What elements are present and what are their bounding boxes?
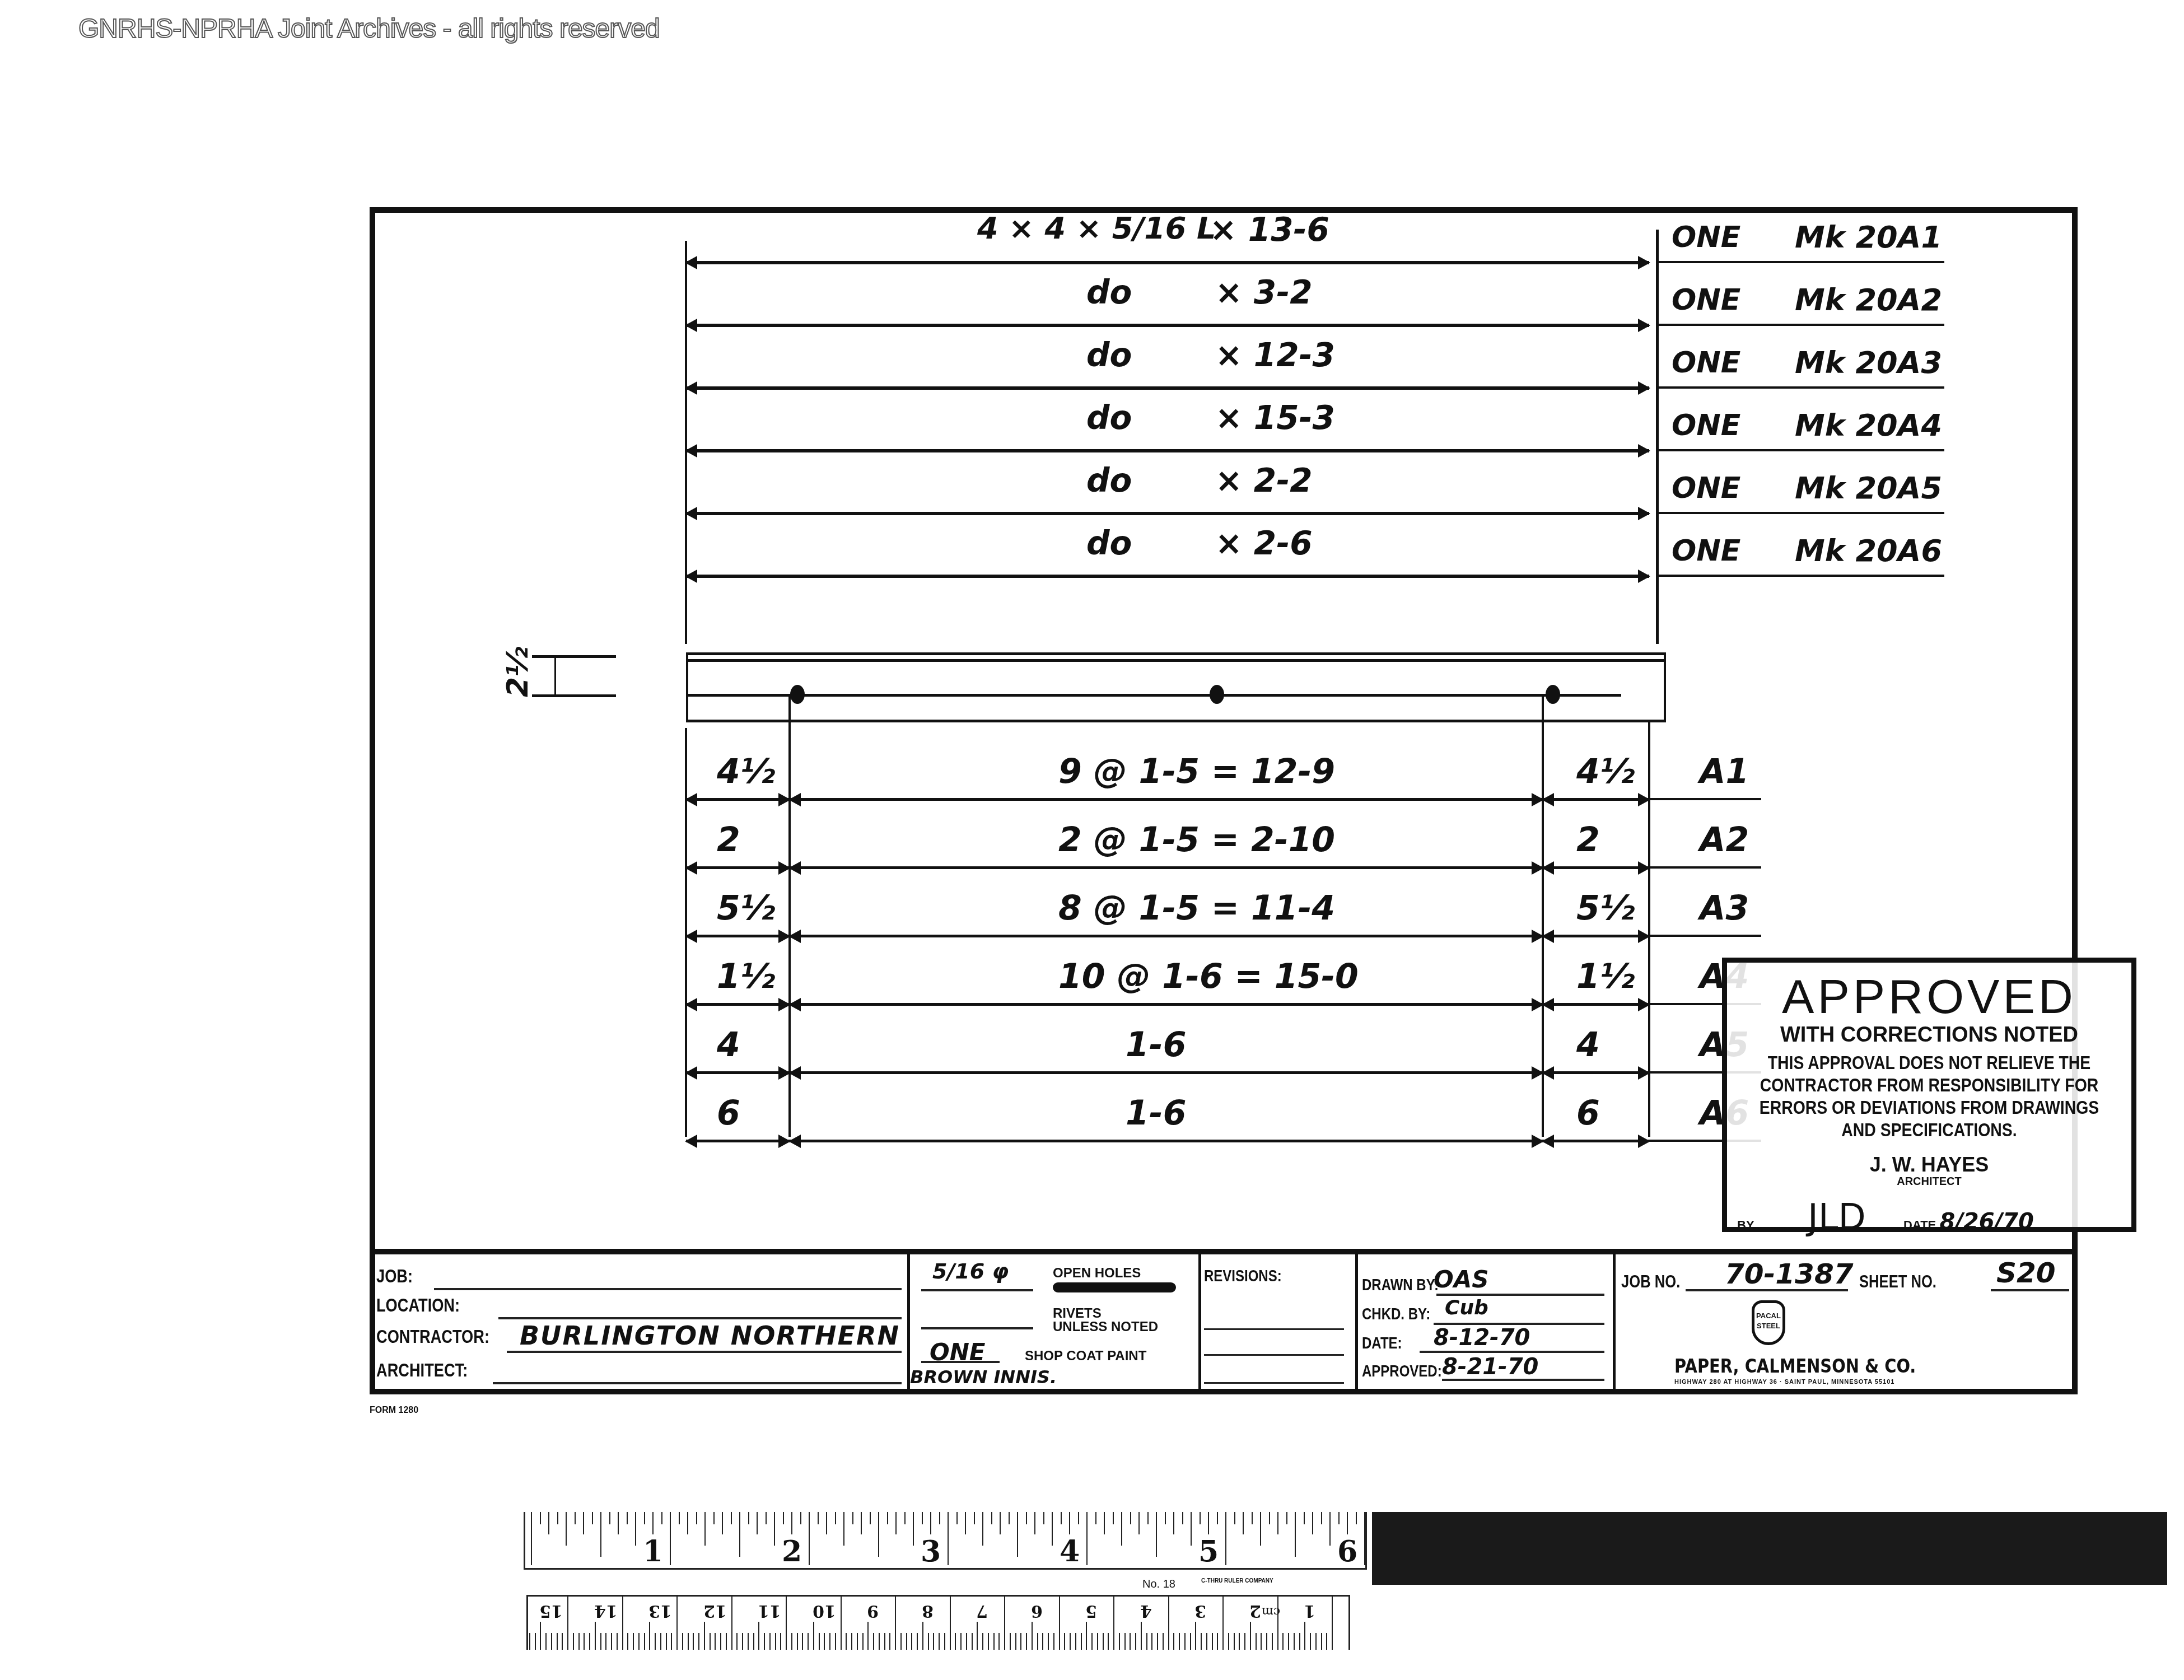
sheet-no-value: S20: [1996, 1257, 2056, 1289]
cm-unit-label: cm: [1262, 1604, 1280, 1618]
stamp-architect-name: J. W. HAYES: [1727, 1153, 2131, 1177]
inch-label: 2: [782, 1534, 802, 1569]
cm-ruler: 123456789101112131415cm: [526, 1595, 1350, 1650]
edge-distance-right: 2: [1576, 820, 1600, 860]
member-size: 4 × 4 × 5/16 L: [977, 211, 1216, 246]
hole-spacing: 8 @ 1-5 = 11-4: [1058, 889, 1335, 928]
form-number: FORM 1280: [370, 1406, 418, 1416]
member-length: × 15-3: [1215, 399, 1335, 437]
title-block: JOB: LOCATION: CONTRACTOR: BURLINGTON NO…: [370, 1249, 2078, 1394]
edge-distance-left: 5½: [717, 889, 775, 928]
cm-label: 12: [703, 1601, 727, 1621]
cm-label: 2: [1249, 1601, 1261, 1621]
stamp-body-1: THIS APPROVAL DOES NOT RELIEVE THE: [1756, 1052, 2103, 1074]
stamp-by-label: BY: [1737, 1218, 1753, 1232]
stamp-body-2: CONTRACTOR FROM RESPONSIBILITY FOR: [1756, 1075, 2103, 1096]
member-length: × 2-2: [1215, 461, 1313, 500]
piece-label: A3: [1700, 889, 1749, 928]
member-quantity: ONE: [1672, 534, 1740, 568]
cm-label: 1: [1304, 1601, 1315, 1621]
member-length: × 3-2: [1215, 273, 1313, 311]
revisions-label: REVISIONS:: [1204, 1267, 1282, 1286]
hole-spacing: 1-6: [1126, 1094, 1186, 1133]
cm-label: 5: [1085, 1601, 1097, 1621]
stamp-subtitle: WITH CORRECTIONS NOTED: [1727, 1023, 2131, 1047]
logo-line-1: PACAL: [1754, 1311, 1782, 1321]
stamp-architect-title: ARCHITECT: [1727, 1175, 2131, 1188]
redacted-label: [1372, 1512, 2167, 1585]
cm-label: 4: [1140, 1601, 1152, 1621]
dimension-line: [686, 261, 1649, 264]
inch-label: 5: [1198, 1534, 1219, 1569]
member-mark: Mk 20A1: [1795, 220, 1942, 255]
hole-size-value: 5/16 φ: [932, 1259, 1009, 1284]
angle-elevation: [686, 652, 1666, 722]
cm-label: 8: [922, 1601, 934, 1621]
cm-label: 13: [648, 1601, 672, 1621]
member-size: do: [1086, 273, 1132, 311]
edge-distance-right: 1½: [1576, 957, 1635, 996]
inch-label: 4: [1060, 1534, 1080, 1569]
member-mark: Mk 20A3: [1795, 345, 1942, 380]
logo-line-2: STEEL: [1754, 1321, 1782, 1331]
edge-distance-right: 6: [1576, 1094, 1600, 1133]
piece-label: A2: [1700, 820, 1749, 860]
company-address: HIGHWAY 280 AT HIGHWAY 36 · SAINT PAUL, …: [1674, 1379, 1894, 1385]
hole-spacing: 10 @ 1-6 = 15-0: [1058, 957, 1359, 996]
approval-stamp: APPROVED WITH CORRECTIONS NOTED THIS APP…: [1722, 958, 2136, 1232]
edge-distance-right: 5½: [1576, 889, 1635, 928]
edge-distance-left: 2: [717, 820, 740, 860]
member-mark: Mk 20A2: [1795, 282, 1942, 318]
contractor-value: BURLINGTON NORTHERN: [520, 1320, 900, 1351]
drawn-by-label: DRAWN BY:: [1362, 1276, 1439, 1295]
sheet-no-label: SHEET NO.: [1859, 1271, 1936, 1292]
dimension-line: [686, 512, 1649, 515]
member-quantity: ONE: [1672, 283, 1740, 317]
cm-label: 6: [1031, 1601, 1043, 1621]
edge-distance-left: 6: [717, 1094, 740, 1133]
archive-watermark: GNRHS-NPRHA Joint Archives - all rights …: [78, 13, 660, 44]
cm-label: 7: [976, 1601, 988, 1621]
stamp-body-3: ERRORS OR DEVIATIONS FROM DRAWINGS: [1756, 1097, 2103, 1118]
ruler-model: No. 18: [1142, 1578, 1175, 1591]
edge-distance-left: 4½: [717, 752, 775, 791]
date-label: DATE:: [1362, 1334, 1402, 1353]
piece-label: A1: [1700, 752, 1749, 791]
edge-distance-right: 4: [1576, 1025, 1600, 1065]
edge-distance-left: 1½: [717, 957, 775, 996]
stamp-date-label: DATE: [1903, 1218, 1936, 1232]
edge-distance-right: 4½: [1576, 752, 1635, 791]
cm-label: 14: [594, 1601, 618, 1621]
inch-label: 6: [1337, 1534, 1357, 1569]
dimension-line: [686, 324, 1649, 327]
cm-label: 3: [1194, 1601, 1206, 1621]
stamp-title: APPROVED: [1727, 969, 2131, 1025]
pacal-steel-logo: PACAL STEEL: [1752, 1300, 1785, 1345]
job-no-value: 70-1387: [1725, 1258, 1854, 1290]
hole-spacing: 2 @ 1-5 = 2-10: [1058, 820, 1335, 860]
stamp-date-value: 8/26/70: [1939, 1209, 2033, 1235]
approved-label: APPROVED:: [1362, 1362, 1442, 1381]
paint-value: BROWN INNIS.: [910, 1366, 1057, 1388]
cm-label: 15: [539, 1601, 563, 1621]
cm-label: 9: [867, 1601, 879, 1621]
hole-mark-right: [1546, 685, 1560, 704]
hole-spacing: 9 @ 1-5 = 12-9: [1058, 752, 1335, 791]
member-length: × 2-6: [1215, 524, 1313, 562]
hole-mark-center: [1210, 685, 1224, 704]
member-size: do: [1086, 399, 1132, 437]
stamp-by-signature: JLD: [1808, 1197, 1866, 1238]
drawn-by-value: OAS: [1434, 1266, 1488, 1293]
date-value: 8-12-70: [1434, 1325, 1530, 1351]
cm-label: 11: [758, 1601, 781, 1621]
inch-label: 1: [643, 1534, 663, 1569]
member-quantity: ONE: [1672, 346, 1740, 380]
inch-label: 3: [921, 1534, 941, 1569]
ruler-maker: C-THRU RULER COMPANY: [1201, 1578, 1273, 1584]
gauge-dimension-label: 2½: [501, 647, 535, 697]
checked-by-label: CHKD. BY:: [1362, 1305, 1430, 1324]
member-size: do: [1086, 524, 1132, 562]
member-quantity: ONE: [1672, 409, 1740, 442]
approved-value: 8-21-70: [1442, 1354, 1538, 1380]
member-length: × 13-6: [1210, 211, 1329, 249]
dimension-line: [686, 386, 1649, 390]
member-size: do: [1086, 336, 1132, 374]
member-mark: Mk 20A4: [1795, 408, 1942, 443]
company-name: PAPER, CALMENSON & CO.: [1674, 1355, 1916, 1378]
member-quantity: ONE: [1672, 221, 1740, 254]
member-length: × 12-3: [1215, 336, 1335, 374]
contractor-label: CONTRACTOR:: [376, 1326, 489, 1348]
cm-label: 10: [813, 1601, 836, 1621]
member-size: do: [1086, 461, 1132, 500]
member-mark: Mk 20A5: [1795, 470, 1942, 506]
edge-distance-left: 4: [717, 1025, 740, 1065]
hole-spacing: 1-6: [1126, 1025, 1186, 1065]
dimension-line: [686, 575, 1649, 578]
dimension-line: [686, 449, 1649, 452]
inch-ruler: 123456: [524, 1512, 1367, 1570]
job-no-label: JOB NO.: [1621, 1271, 1680, 1292]
open-holes-label: OPEN HOLES: [1053, 1266, 1141, 1281]
member-quantity: ONE: [1672, 472, 1740, 505]
location-label: LOCATION:: [376, 1295, 460, 1317]
stamp-body-4: AND SPECIFICATIONS.: [1756, 1119, 2103, 1141]
hole-mark-left: [790, 685, 805, 704]
member-mark: Mk 20A6: [1795, 533, 1942, 568]
unless-noted-label: UNLESS NOTED: [1053, 1319, 1158, 1335]
struck-out-text: [1053, 1282, 1176, 1292]
checked-by-value: Cub: [1445, 1296, 1488, 1319]
architect-label: ARCHITECT:: [376, 1360, 468, 1382]
job-label: JOB:: [376, 1266, 413, 1287]
shop-coat-label: SHOP COAT PAINT: [1025, 1348, 1146, 1364]
